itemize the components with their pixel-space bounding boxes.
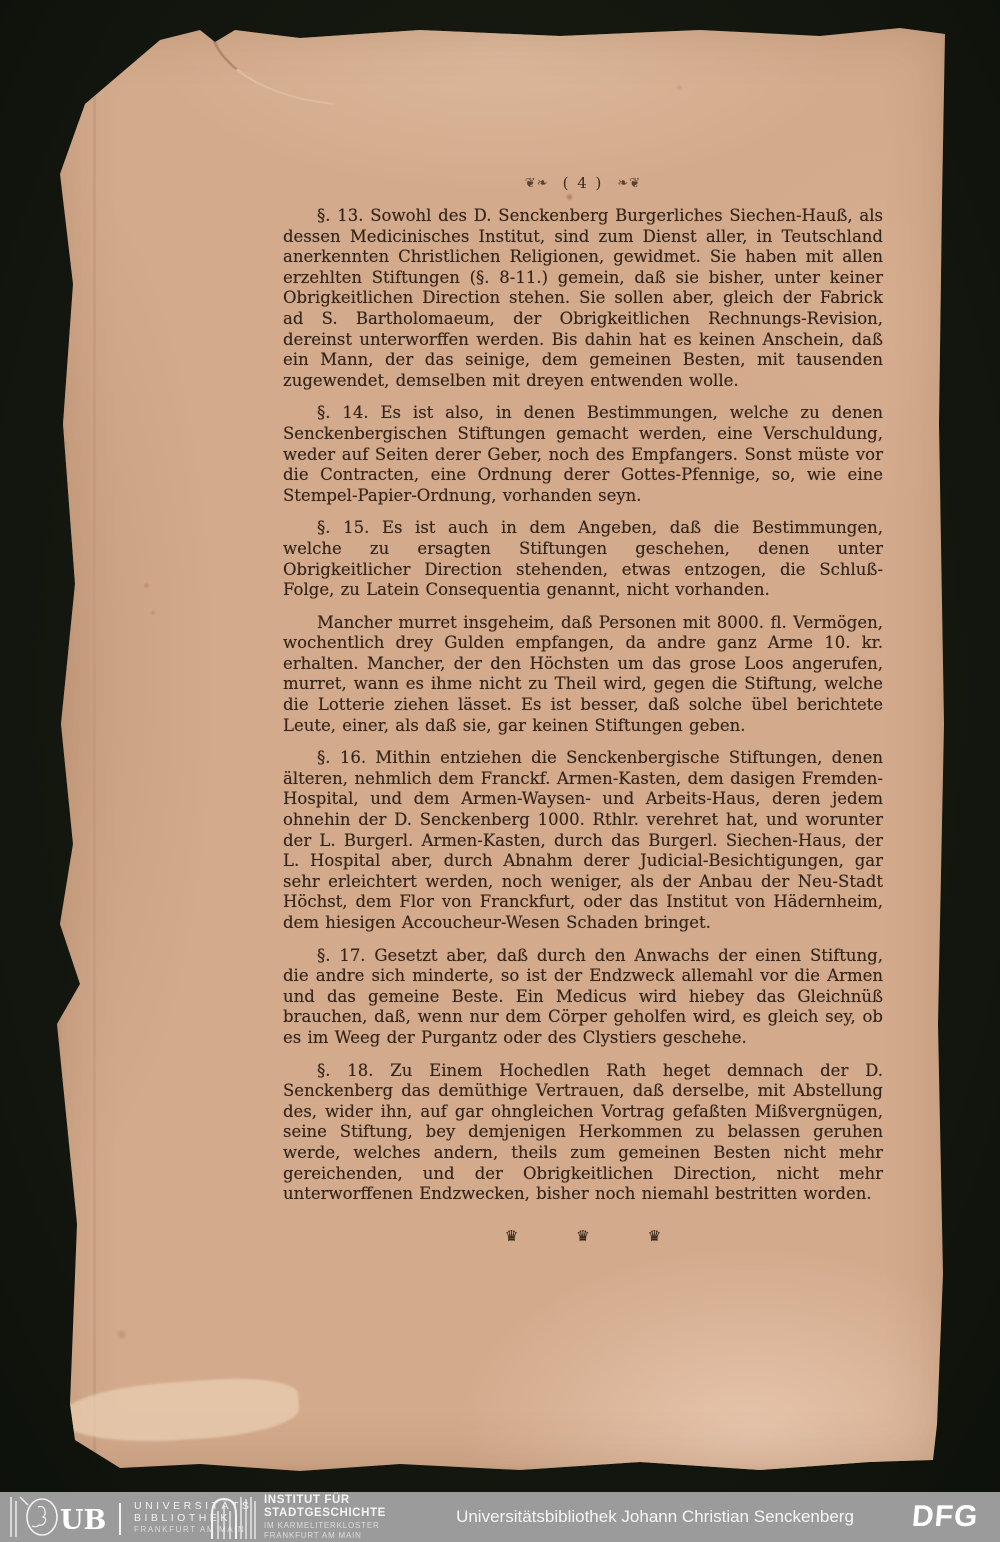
karmeliterkloster-arch-icon — [208, 1495, 256, 1539]
ub-logo-graphic: UB — [8, 1495, 126, 1539]
institut-text-line: IM KARMELITERKLOSTER — [264, 1521, 386, 1530]
paragraph-13: §. 13. Sowohl des D. Senckenberg Burgerl… — [283, 206, 883, 391]
page-header: ❦❧ ( 4 ) ❧❦ — [283, 174, 883, 192]
crown-ornament-icon: ♛ — [648, 1227, 661, 1245]
paper-crease — [93, 24, 96, 1472]
institut-stadtgeschichte-logo: INSTITUT FÜR STADTGESCHICHTE IM KARMELIT… — [208, 1492, 386, 1542]
floral-ornament-icon: ❧❦ — [617, 176, 641, 191]
paragraph-18: §. 18. Zu Einem Hochedlen Rath heget dem… — [283, 1061, 883, 1205]
paragraph-17: §. 17. Gesetzt aber, daß durch den Anwac… — [283, 946, 883, 1049]
institut-text-line: STADTGESCHICHTE — [264, 1507, 386, 1520]
paragraph-unnumbered: Mancher murret insgeheim, daß Personen m… — [283, 613, 883, 737]
end-ornament-row: ♛ ♛ ♛ — [283, 1227, 883, 1245]
svg-text:UB: UB — [60, 1505, 106, 1536]
floral-ornament-icon: ❦❧ — [525, 176, 549, 191]
paper-stain — [115, 1329, 128, 1340]
printed-text-block: ❦❧ ( 4 ) ❧❦ §. 13. Sowohl des D. Sencken… — [283, 174, 883, 1245]
institut-text-line: FRANKFURT AM MAIN — [264, 1531, 386, 1540]
scanned-paper-sheet: ❦❧ ( 4 ) ❧❦ §. 13. Sowohl des D. Sencken… — [55, 24, 947, 1472]
paper-stain — [675, 84, 683, 91]
paper-corner-fold — [201, 21, 342, 105]
crown-ornament-icon: ♛ — [576, 1227, 589, 1245]
institut-logo-text: INSTITUT FÜR STADTGESCHICHTE IM KARMELIT… — [264, 1494, 386, 1541]
dfg-logo: DFG — [910, 1500, 979, 1534]
library-name-text: Universitätsbibliothek Johann Christian … — [456, 1507, 854, 1527]
page-number: ( 4 ) — [563, 174, 604, 192]
paragraph-16: §. 16. Mithin entziehen die Senckenbergi… — [283, 748, 883, 933]
paragraph-14: §. 14. Es ist also, in denen Bestimmunge… — [283, 403, 883, 506]
document-body: §. 13. Sowohl des D. Senckenberg Burgerl… — [283, 206, 883, 1205]
scan-viewer-page: ❦❧ ( 4 ) ❧❦ §. 13. Sowohl des D. Sencken… — [0, 0, 1000, 1542]
crown-ornament-icon: ♛ — [505, 1227, 518, 1245]
institut-text-line: INSTITUT FÜR — [264, 1494, 386, 1507]
paper-stain — [143, 582, 150, 589]
paper-stain — [150, 610, 156, 616]
paragraph-15: §. 15. Es ist auch in dem Angeben, daß d… — [283, 518, 883, 600]
library-footer-bar: UB UNIVERSITÄTS BIBLIOTHEK FRANKFURT AM … — [0, 1492, 1000, 1542]
